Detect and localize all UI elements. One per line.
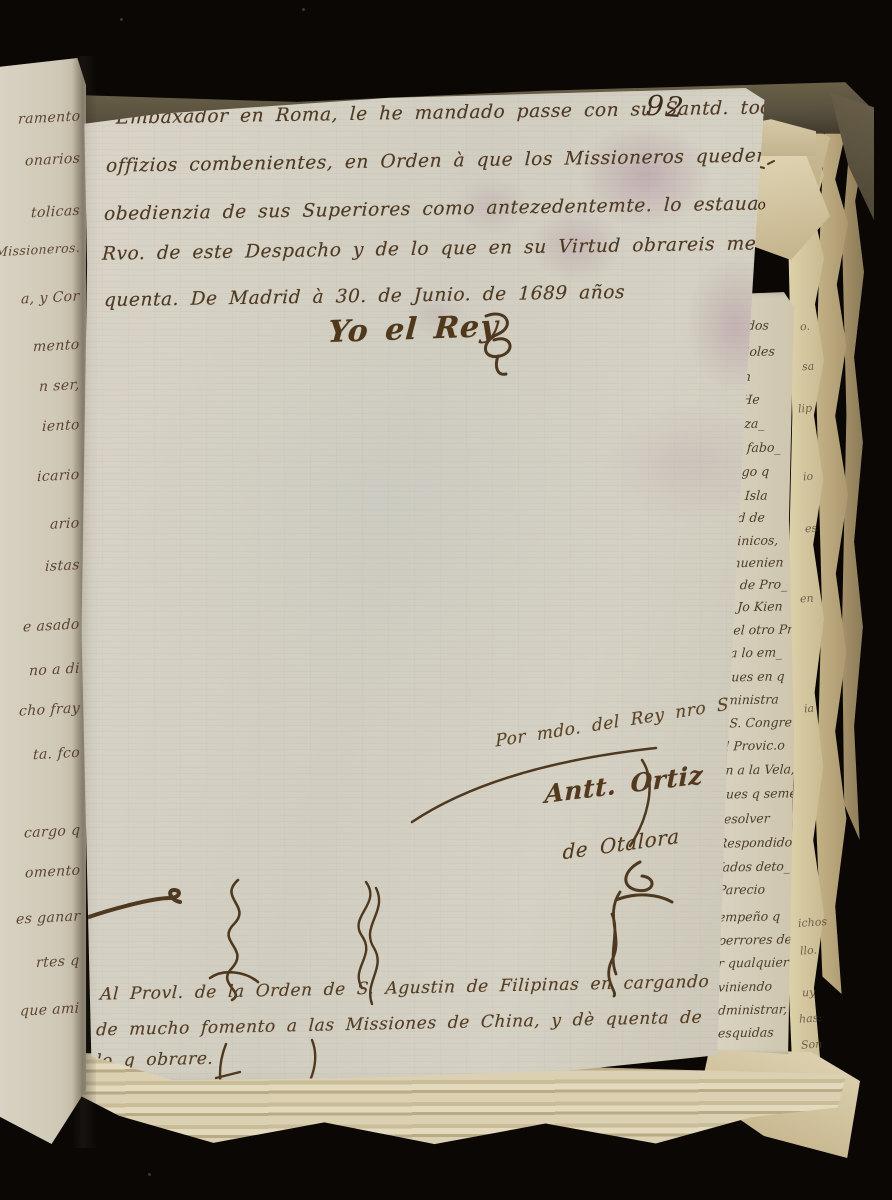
left-page-text-fragment: cho fray bbox=[19, 700, 81, 719]
edge-strip-text-fragment: o. bbox=[800, 320, 811, 334]
edge-strip-text-fragment: uy bbox=[802, 986, 816, 1000]
manuscript-page: 92 Embaxador en Roma, le he mandado pass… bbox=[76, 86, 770, 1080]
letter-body-line: Rvo. de este Despacho y de lo que en su … bbox=[102, 232, 830, 264]
edge-strip-text-fragment: ichos bbox=[798, 915, 828, 930]
manuscript-photo: 80 90 aso ramento onarios tolicas Missio… bbox=[0, 0, 892, 1200]
edge-strip-text-fragment: sa bbox=[802, 360, 815, 374]
edge-strip-text-fragment: llo. bbox=[800, 943, 818, 957]
edge-strip-text-fragment: has: bbox=[799, 1011, 823, 1026]
dust-speck bbox=[302, 8, 305, 11]
letter-body-line: offizios combenientes, en Orden à que lo… bbox=[106, 144, 845, 177]
left-page-text-fragment: es ganar bbox=[15, 908, 80, 927]
edge-strip-text-fragment: io bbox=[803, 470, 814, 484]
right-page-text-fragment: fados deto_ bbox=[718, 858, 791, 874]
right-page-text-fragment: resolver bbox=[718, 811, 771, 827]
council-rubric bbox=[84, 888, 188, 928]
left-page-text-fragment: Missioneros. bbox=[0, 240, 80, 260]
edge-strip-text-fragment: es bbox=[805, 522, 818, 536]
right-page-text-fragment: empeño q bbox=[718, 908, 781, 924]
docket-line: de mucho fomento a las Missiones de Chin… bbox=[96, 1008, 703, 1041]
edge-strip-text-fragment: Son bbox=[801, 1037, 823, 1051]
dust-speck bbox=[148, 1173, 151, 1176]
right-page-text-fragment: an a la Vela, bbox=[718, 761, 796, 777]
letter-body-line: quenta. De Madrid à 30. de Junio. de 168… bbox=[104, 282, 626, 311]
edge-strip-text-fragment: en bbox=[800, 592, 814, 606]
right-page-text-fragment: Respondido bbox=[718, 834, 793, 850]
edge-strip-text-fragment: ia bbox=[804, 702, 815, 716]
right-page-text-fragment: dministrar, bbox=[718, 1001, 788, 1017]
right-page-text-fragment: r qualquier bbox=[718, 954, 790, 970]
right-page-text-fragment: perrores de_ bbox=[718, 931, 799, 947]
right-page-text-fragment: Parecio bbox=[718, 882, 766, 898]
royal-signature-rubric bbox=[468, 310, 524, 380]
docket-line: Al Provl. de la Orden de S. Agustin de F… bbox=[100, 971, 738, 1004]
dust-speck bbox=[120, 18, 123, 21]
edge-strip-text-fragment: lip bbox=[798, 402, 813, 416]
left-page-text-fragment: ramento bbox=[17, 108, 80, 127]
right-page-text-fragment: esquidas bbox=[718, 1025, 775, 1041]
letter-body-line: obedienzia de sus Superiores como anteze… bbox=[104, 192, 845, 225]
right-page-text-fragment: viniendo bbox=[718, 979, 773, 995]
right-page-text-fragment: pues q seme bbox=[718, 785, 798, 801]
